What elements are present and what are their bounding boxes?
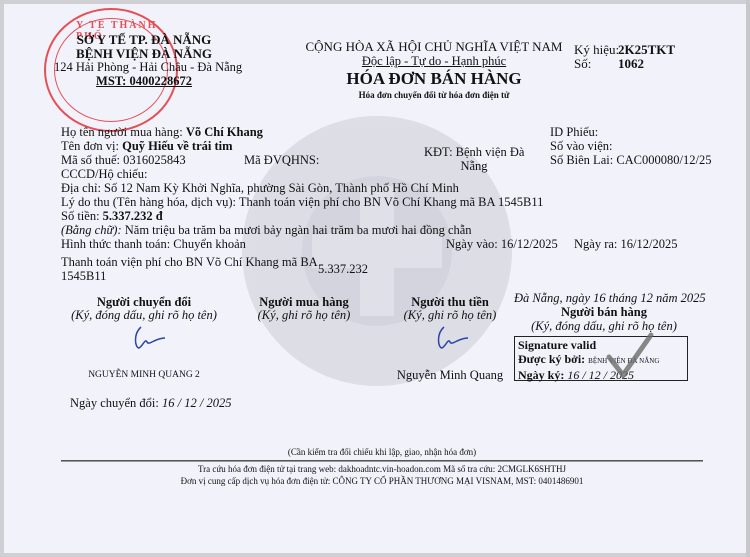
- provider-info: Đơn vị cung cấp dịch vụ hóa đơn điện tử:…: [61, 476, 703, 486]
- digital-signature-box[interactable]: Signature valid Được ký bởi: BỆNH VIỆN Đ…: [514, 336, 688, 381]
- converter-name: NGUYỄN MINH QUANG 2: [54, 370, 234, 380]
- buyer-tax-code: Mã số thuế: 0316025843: [61, 153, 186, 168]
- date-in: Ngày vào: 16/12/2025: [446, 237, 558, 252]
- number-label: Số:: [574, 56, 591, 72]
- number-value: 1062: [618, 56, 644, 72]
- signature-valid: Signature valid: [518, 338, 684, 352]
- item-description-line2: 1545B11: [61, 269, 106, 284]
- signed-by: Được ký bởi: BỆNH VIỆN ĐÀ NẴNG: [518, 352, 684, 368]
- buyer-unit: Tên đơn vị: Quỹ Hiếu về trái tim: [61, 139, 233, 154]
- seller-sign-title: Người bán hàng: [514, 305, 694, 320]
- buyer-dvqhns: Mã ĐVQHNS:: [244, 153, 319, 168]
- invoice-page: Y TẾ THÀNH PHỐ SỞ Y TẾ TP. ĐÀ NẴNG BỆNH …: [4, 4, 746, 553]
- cashier-note: (Ký, ghi rõ họ tên): [390, 308, 510, 323]
- place-date: Đà Nẵng, ngày 16 tháng 12 năm 2025: [514, 291, 694, 306]
- cashier-name: Nguyễn Minh Quang: [390, 368, 510, 383]
- kdt-line2: Nẵng: [424, 159, 524, 174]
- buyer-address: Địa chỉ: Số 12 Nam Kỳ Khởi Nghĩa, phường…: [61, 181, 459, 196]
- receipt-number: Số Biên Lai: CAC000080/12/25: [550, 153, 711, 168]
- buyer-sign-note: (Ký, ghi rõ họ tên): [244, 308, 364, 323]
- admission-number: Số vào viện:: [550, 139, 613, 154]
- sign-date: Ngày ký: 16 / 12 / 2025: [518, 368, 684, 382]
- lookup-info: Tra cứu hóa đơn điện tử tại trang web: d…: [61, 464, 703, 474]
- seller-tax-code: MST: 0400228672: [54, 74, 234, 89]
- payment-method: Hình thức thanh toán: Chuyển khoản: [61, 237, 246, 252]
- id-ticket: ID Phiếu:: [550, 125, 598, 140]
- converter-signature-icon: [129, 324, 169, 354]
- invoice-subtitle: Hóa đơn chuyển đổi từ hóa đơn điện tử: [284, 90, 584, 100]
- amount: Số tiền: 5.337.232 đ: [61, 209, 163, 224]
- amount-in-words: (Bằng chữ): Năm triệu ba trăm ba mươi bả…: [61, 223, 472, 238]
- seller-sign-note: (Ký, đóng dấu, ghi rõ họ tên): [514, 319, 694, 334]
- converter-note: (Ký, đóng dấu, ghi rõ họ tên): [54, 308, 234, 323]
- payment-reason: Lý do thu (Tên hàng hóa, dịch vụ): Thanh…: [61, 195, 543, 210]
- checkmark-icon: [605, 331, 655, 379]
- buyer-id-card: CCCD/Hộ chiếu:: [61, 167, 147, 182]
- cashier-signature-icon: [432, 324, 472, 354]
- nation-motto: Độc lập - Tự do - Hạnh phúc: [284, 54, 584, 69]
- nation-title: CỘNG HÒA XÃ HỘI CHỦ NGHĨA VIỆT NAM: [284, 39, 584, 55]
- date-out: Ngày ra: 16/12/2025: [574, 237, 677, 252]
- kdt-line1: KĐT: Bệnh viện Đà: [424, 145, 524, 160]
- page-edge: [746, 0, 750, 557]
- item-description-line1: Thanh toán viện phí cho BN Võ Chí Khang …: [61, 255, 318, 270]
- invoice-title: HÓA ĐƠN BÁN HÀNG: [284, 69, 584, 89]
- buyer-name: Họ tên người mua hàng: Võ Chí Khang: [61, 125, 263, 140]
- seller-address: 124 Hải Phòng - Hải Châu - Đà Nẵng: [54, 60, 234, 75]
- item-amount: 5.337.232: [318, 262, 368, 277]
- footer-divider: [61, 460, 703, 462]
- check-note: (Cần kiểm tra đối chiếu khi lập, giao, n…: [61, 447, 703, 457]
- converted-date: Ngày chuyển đổi: 16 / 12 / 2025: [70, 396, 231, 411]
